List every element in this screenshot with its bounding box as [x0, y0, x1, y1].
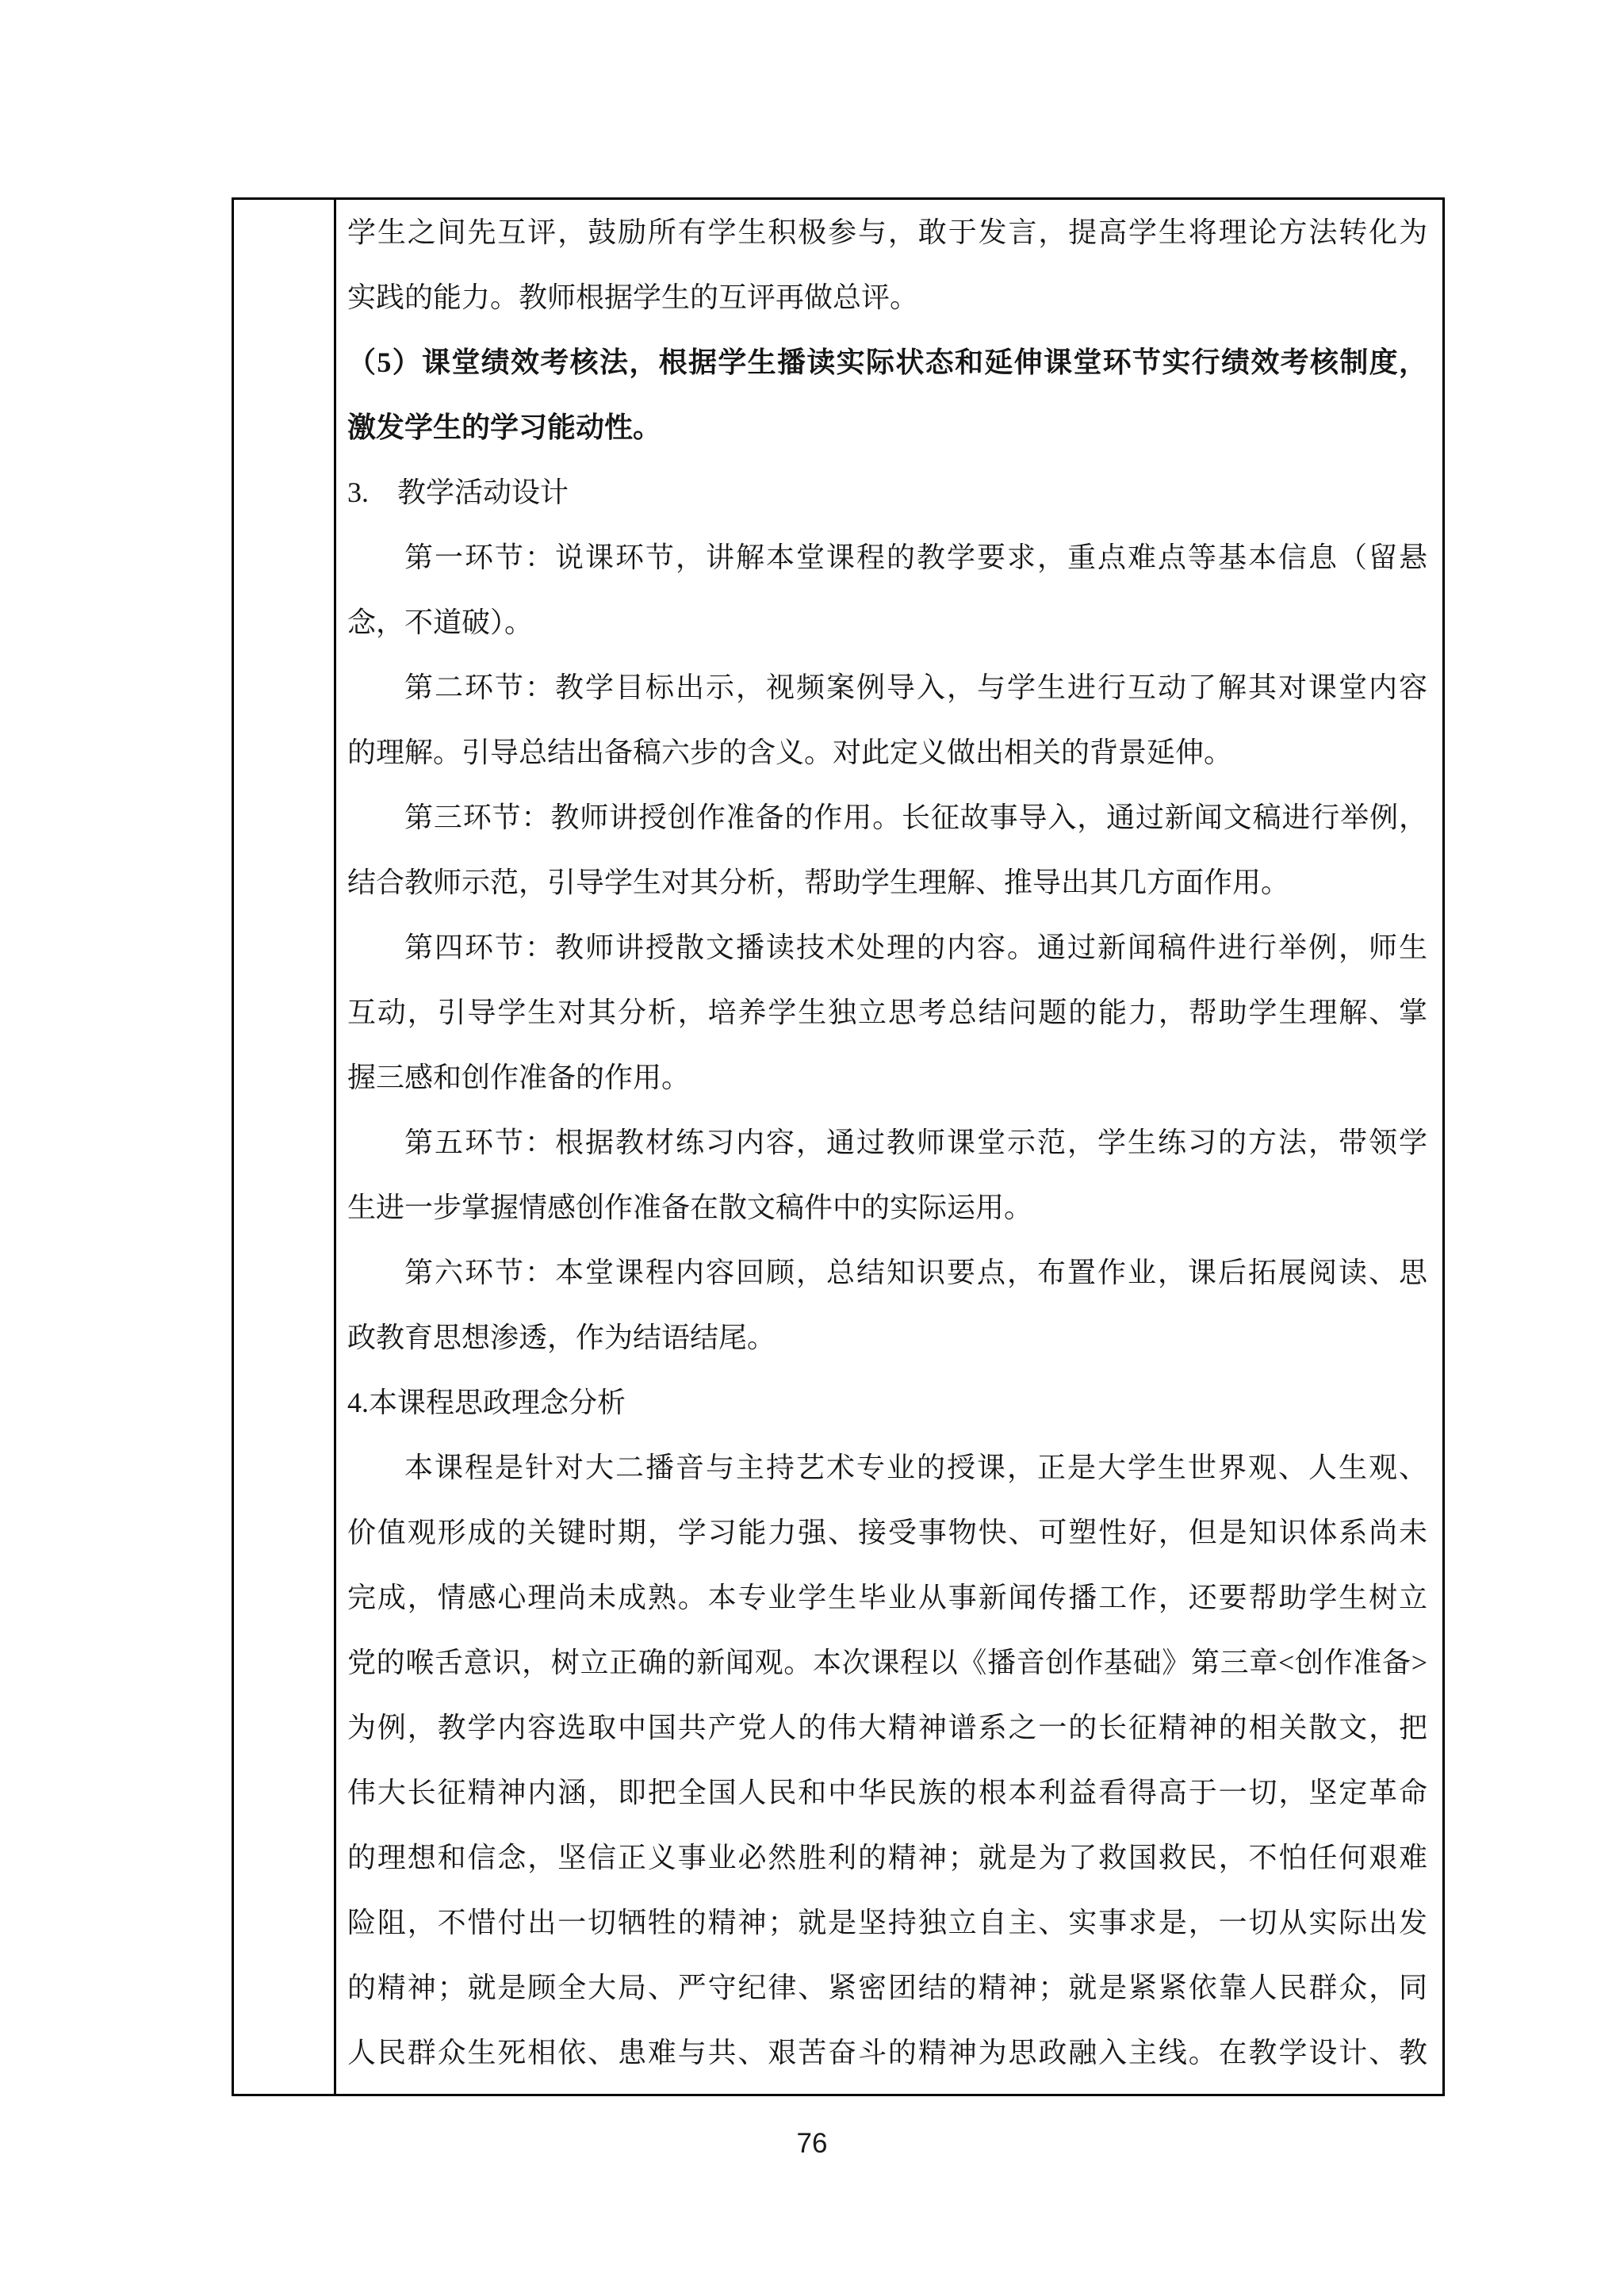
text-line: 险阻，不惜付出一切牺牲的精神；就是坚持独立自主、实事求是，一切从实际出发: [347, 1890, 1427, 1955]
text-line: 握三感和创作准备的作用。: [347, 1045, 1427, 1110]
text-line: 第一环节：说课环节，讲解本堂课程的教学要求，重点难点等基本信息（留悬: [347, 525, 1427, 590]
text-line: 完成，情感心理尚未成熟。本专业学生毕业从事新闻传播工作，还要帮助学生树立: [347, 1565, 1427, 1630]
text-line: 念，不道破）。: [347, 590, 1427, 655]
text-line: 互动，引导学生对其分析，培养学生独立思考总结问题的能力，帮助学生理解、掌: [347, 980, 1427, 1045]
page-number: 76: [0, 2128, 1624, 2160]
text-line: 人民群众生死相依、患难与共、艰苦奋斗的精神为思政融入主线。在教学设计、教: [347, 2020, 1427, 2085]
text-line: 的精神；就是顾全大局、严守纪律、紧密团结的精神；就是紧紧依靠人民群众，同: [347, 1955, 1427, 2020]
text-line: 本课程是针对大二播音与主持艺术专业的授课，正是大学生世界观、人生观、: [347, 1435, 1427, 1500]
text-line: 伟大长征精神内涵，即把全国人民和中华民族的根本利益看得高于一切，坚定革命: [347, 1760, 1427, 1825]
text-line: 的理想和信念，坚信正义事业必然胜利的精神；就是为了救国救民，不怕任何艰难: [347, 1825, 1427, 1890]
text-line: 实践的能力。教师根据学生的互评再做总评。: [347, 265, 1427, 330]
document-page: 学生之间先互评，鼓励所有学生积极参与，敢于发言，提高学生将理论方法转化为 实践的…: [0, 0, 1624, 2296]
text-line: 第六环节：本堂课程内容回顾，总结知识要点，布置作业，课后拓展阅读、思: [347, 1240, 1427, 1305]
text-line: 的理解。引导总结出备稿六步的含义。对此定义做出相关的背景延伸。: [347, 720, 1427, 785]
text-line: 生进一步掌握情感创作准备在散文稿件中的实际运用。: [347, 1175, 1427, 1240]
text-line: 激发学生的学习能动性。: [347, 395, 1427, 460]
table-content-cell: 学生之间先互评，鼓励所有学生积极参与，敢于发言，提高学生将理论方法转化为 实践的…: [336, 200, 1442, 2094]
text-line: 第五环节：根据教材练习内容，通过教师课堂示范，学生练习的方法，带领学: [347, 1110, 1427, 1175]
table-left-empty-cell: [234, 200, 336, 2094]
section-heading: 3. 教学活动设计: [347, 460, 1427, 525]
text-line: 政教育思想渗透，作为结语结尾。: [347, 1305, 1427, 1370]
text-line: 第三环节：教师讲授创作准备的作用。长征故事导入，通过新闻文稿进行举例，: [347, 785, 1427, 850]
text-line: 党的喉舌意识，树立正确的新闻观。本次课程以《播音创作基础》第三章<创作准备>: [347, 1630, 1427, 1695]
text-line: 结合教师示范，引导学生对其分析，帮助学生理解、推导出其几方面作用。: [347, 850, 1427, 915]
text-line: 学生之间先互评，鼓励所有学生积极参与，敢于发言，提高学生将理论方法转化为: [347, 200, 1427, 265]
text-line: 第四环节：教师讲授散文播读技术处理的内容。通过新闻稿件进行举例，师生: [347, 915, 1427, 980]
text-line: 为例，教学内容选取中国共产党人的伟大精神谱系之一的长征精神的相关散文，把: [347, 1695, 1427, 1760]
text-line: 第二环节：教学目标出示，视频案例导入，与学生进行互动了解其对课堂内容: [347, 655, 1427, 720]
lesson-plan-table: 学生之间先互评，鼓励所有学生积极参与，敢于发言，提高学生将理论方法转化为 实践的…: [232, 197, 1445, 2096]
section-heading: 4.本课程思政理念分析: [347, 1370, 1427, 1435]
text-line: （5）课堂绩效考核法，根据学生播读实际状态和延伸课堂环节实行绩效考核制度，: [347, 330, 1427, 395]
text-line: 价值观形成的关键时期，学习能力强、接受事物快、可塑性好，但是知识体系尚未: [347, 1500, 1427, 1565]
